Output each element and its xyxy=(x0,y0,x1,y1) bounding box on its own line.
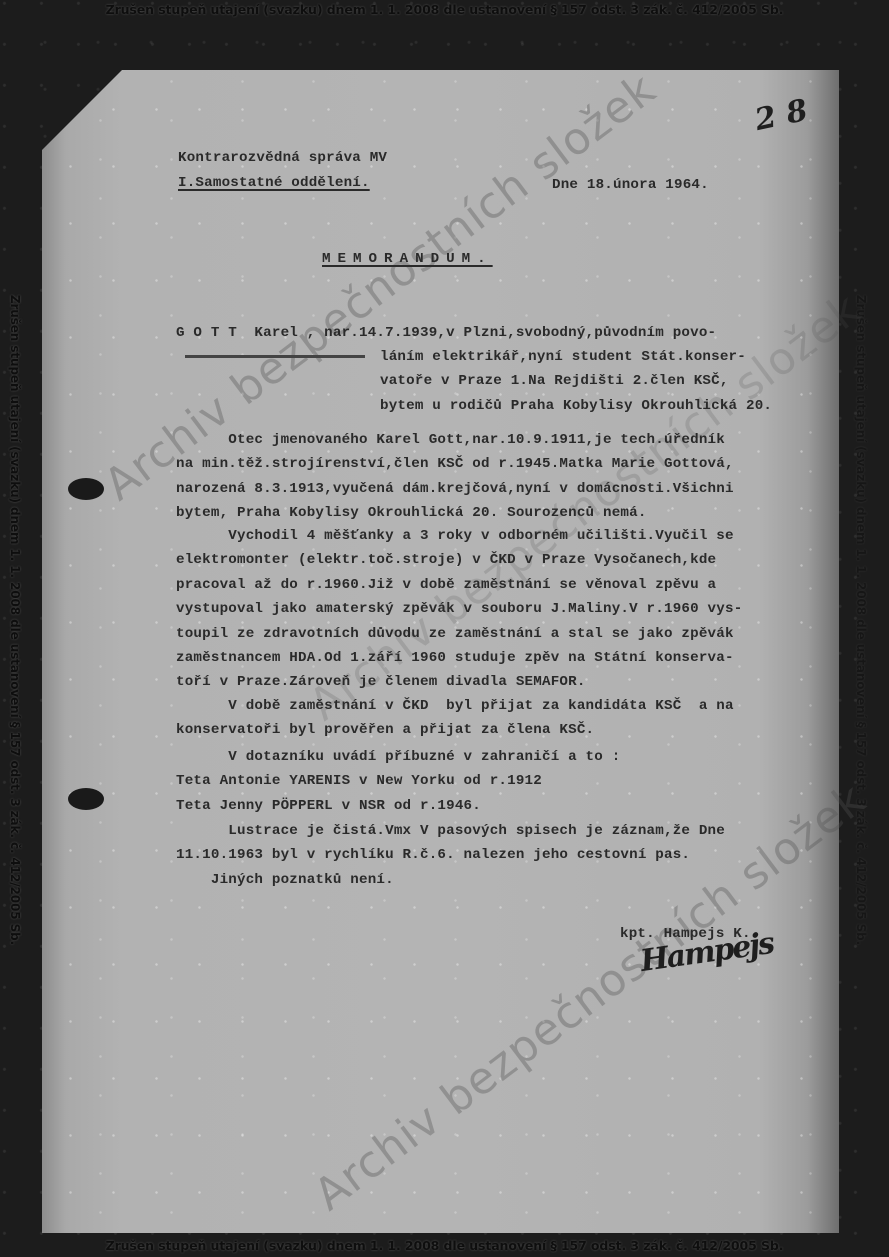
subject-line: G O T T Karel , nar.14.7.1939,v Plzni,sv… xyxy=(176,325,716,341)
paragraph-line: Lustrace je čistá.Vmx V pasových spisech… xyxy=(176,823,725,839)
subject-line: bytem u rodičů Praha Kobylisy Okrouhlick… xyxy=(380,398,772,414)
paragraph-line: toří v Praze.Zároveň je členem divadla S… xyxy=(176,674,586,690)
paragraph-line: narozená 8.3.1913,vyučená dám.krejčová,n… xyxy=(176,481,734,497)
paragraph-line: Vychodil 4 měšťanky a 3 roky v odborném … xyxy=(176,528,734,544)
subject-line: láním elektrikář,nyní student Stát.konse… xyxy=(380,349,746,365)
watermark: Archiv bezpečnostních složek xyxy=(305,773,875,1220)
archive-declassification-banner-bottom: Zrušen stupeň utajení (svazku) dnem 1. 1… xyxy=(0,1238,889,1253)
paragraph-line: Teta Antonie YARENIS v New Yorku od r.19… xyxy=(176,773,542,789)
subject-line: vatoře v Praze 1.Na Rejdišti 2.člen KSČ, xyxy=(380,373,729,389)
handwritten-reference-number: 2 8 xyxy=(752,93,811,138)
department-name: Kontrarozvědná správa MV xyxy=(178,150,387,166)
paragraph-line: vystupoval jako amaterský zpěvák v soubo… xyxy=(176,601,742,617)
name-underline xyxy=(185,355,365,358)
paragraph-line: elektromonter (elektr.toč.stroje) v ČKD … xyxy=(176,552,716,568)
document-title: MEMORANDUM. xyxy=(322,251,493,267)
paragraph-line: 11.10.1963 byl v rychlíku R.č.6. nalezen… xyxy=(176,847,690,863)
paragraph-line: Otec jmenovaného Karel Gott,nar.10.9.191… xyxy=(176,432,725,448)
memorandum: Archiv bezpečnostních složek Archiv bezp… xyxy=(0,0,889,1257)
paragraph-line: zaměstnancem HDA.Od 1.září 1960 studuje … xyxy=(176,650,734,666)
paragraph-line: na min.těž.strojírenství,člen KSČ od r.1… xyxy=(176,456,734,472)
paragraph-line: Teta Jenny PÖPPERL v NSR od r.1946. xyxy=(176,798,481,814)
document-date: Dne 18.února 1964. xyxy=(552,177,709,193)
paragraph-line: V dotazníku uvádí příbuzné v zahraničí a… xyxy=(176,749,620,765)
section-name: I.Samostatné oddělení. xyxy=(178,175,370,191)
paragraph-line: V době zaměstnání v ČKD byl přijat za ka… xyxy=(176,698,734,714)
paragraph-line: konservatoři byl prověřen a přijat za čl… xyxy=(176,722,594,738)
paragraph-line: toupil ze zdravotních důvodu ze zaměstná… xyxy=(176,626,734,642)
paragraph-line: Jiných poznatků není. xyxy=(176,872,394,888)
paragraph-line: bytem, Praha Kobylisy Okrouhlická 20. So… xyxy=(176,505,647,521)
paragraph-line: pracoval až do r.1960.Již v době zaměstn… xyxy=(176,577,716,593)
